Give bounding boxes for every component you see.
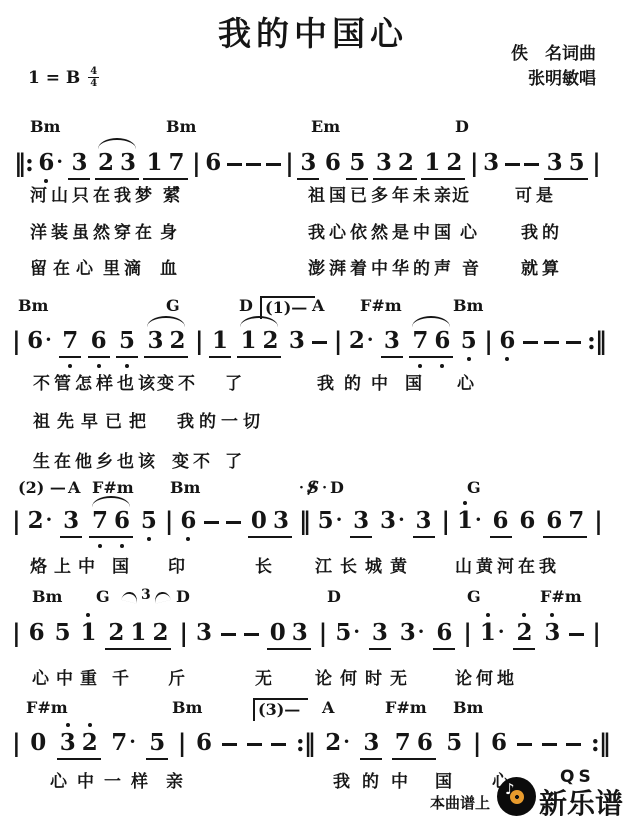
duration-dash	[569, 633, 584, 636]
note: 6	[543, 508, 565, 534]
barline: |	[319, 620, 327, 646]
note: 2	[513, 620, 535, 646]
augmentation-dot: ·	[56, 153, 63, 172]
barline: |	[592, 150, 600, 176]
barline: |	[12, 620, 20, 646]
lyric-segment: 变不	[172, 447, 214, 472]
chord-label: F#m	[360, 296, 402, 315]
beamed-note-group: 3	[60, 508, 82, 538]
chord-label: Bm	[18, 296, 48, 315]
lyric-segment: 亲	[166, 767, 187, 792]
augmentation-dot: ·	[45, 331, 52, 350]
beamed-note-group: 17	[143, 150, 187, 180]
duration-dash	[505, 163, 520, 166]
lyric-row-2b: 祖先早已把我的一切	[0, 407, 626, 433]
beamed-note-group: 32	[373, 150, 417, 180]
lyric-segment: 音	[462, 254, 483, 279]
chord-label: F#m	[385, 698, 427, 717]
time-signature: 4 4	[88, 66, 99, 89]
segno-part: ·	[299, 480, 304, 496]
duration-dash	[246, 163, 261, 166]
chord-label: F#m	[92, 478, 134, 497]
meter-bottom: 4	[90, 78, 97, 89]
note: 6	[195, 730, 213, 756]
note: 2	[166, 328, 188, 354]
augmentation-dot: ·	[129, 733, 136, 752]
lyric-row-2a: 不管怎样也该变不了我的中国心	[0, 369, 626, 395]
note: 5	[146, 730, 168, 756]
augmentation-dot: ·	[343, 733, 350, 752]
barline: |	[463, 620, 471, 646]
note: 3	[57, 730, 79, 756]
beamed-note-group-slur: 12	[237, 328, 281, 358]
lyric-segment: 山黄河在我	[455, 552, 560, 577]
augmentation-dot: ·	[398, 511, 405, 530]
lyric-segment: 我的一切	[177, 407, 265, 432]
lyric-segment: 留在心	[30, 254, 99, 279]
barline: |	[165, 508, 173, 534]
beamed-note-group: 212	[105, 620, 171, 650]
chord-label: D	[330, 478, 344, 497]
note: 7	[409, 328, 431, 354]
chord-label: D	[455, 117, 469, 136]
lyric-segment: 血	[160, 254, 181, 279]
lyric-segment: 洋装虽然穿在	[30, 218, 156, 243]
note: 7	[59, 328, 81, 354]
note: 7	[565, 508, 587, 534]
duration-dash	[566, 341, 581, 344]
beamed-note-group: 6	[490, 508, 512, 538]
chord-label: Bm	[172, 698, 202, 717]
augmentation-dot: ·	[46, 511, 53, 530]
duration-dash	[566, 743, 581, 746]
note: 1·	[479, 620, 506, 646]
note: 6	[490, 730, 508, 756]
note: 6	[324, 150, 342, 176]
beamed-note-group: 67	[543, 508, 587, 538]
lyric-segment: 祖先早已把	[33, 407, 153, 432]
note: 5·	[317, 508, 344, 534]
lyric-segment: 不管怎样也该	[33, 369, 159, 394]
note: 3	[68, 150, 90, 176]
chord-label: D	[327, 587, 341, 606]
note: 3	[360, 730, 382, 756]
note: 6	[490, 508, 512, 534]
note: 5	[116, 328, 138, 354]
note: 2	[79, 730, 101, 756]
chord-label: A	[68, 478, 80, 497]
chord-label: G	[467, 587, 481, 606]
note: 5	[460, 328, 478, 354]
lyric-segment: 江长城黄	[315, 552, 415, 577]
composer-credit: 佚 名词曲	[511, 42, 596, 67]
note: 7	[89, 508, 111, 534]
lyric-row-1b: 洋装虽然穿在身我心依然是中国心我的	[0, 218, 626, 244]
lyric-segment: 可是	[515, 181, 557, 206]
beamed-note-group: 1	[209, 328, 231, 358]
lyric-segment: 我的中	[333, 767, 420, 792]
note: 6	[431, 328, 453, 354]
lyric-segment: 里滴	[103, 254, 145, 279]
duration-dash	[247, 743, 262, 746]
lyric-segment: 了	[225, 369, 246, 394]
lyric-segment: 烙上中	[30, 552, 102, 577]
note: 2	[105, 620, 127, 646]
note: 3	[373, 150, 395, 176]
credits-block: 佚 名词曲 张明敏唱	[511, 42, 596, 91]
note: 3	[117, 150, 139, 176]
beamed-note-group: 6	[433, 620, 455, 650]
note: 2	[443, 150, 465, 176]
chord-label: Bm	[453, 296, 483, 315]
barline: |	[441, 508, 449, 534]
note: 2	[395, 150, 417, 176]
barline: |	[592, 620, 600, 646]
note: 1·	[456, 508, 483, 534]
note: 3	[413, 508, 435, 534]
segno-part: S	[305, 478, 321, 498]
segno-sign: ·S·	[298, 478, 328, 498]
lyric-segment: 无	[255, 664, 276, 689]
note: 6	[518, 508, 536, 534]
lyric-segment: 祖国已多年未亲	[308, 181, 455, 206]
duration-dash	[271, 743, 286, 746]
singer-credit: 张明敏唱	[511, 67, 596, 92]
barline: |	[334, 328, 342, 354]
lyric-row-1c: 留在心里滴血澎湃着中华的声音就算	[0, 254, 626, 280]
note: 3	[297, 150, 319, 176]
beamed-note-group: 76	[392, 730, 436, 760]
lyric-row-2c: 生在他乡也该变不了	[0, 447, 626, 473]
lyric-segment: 近	[452, 181, 473, 206]
barline: |	[178, 730, 186, 756]
note: 6	[204, 150, 222, 176]
augmentation-dot: ·	[336, 511, 343, 530]
sheet-music-page: 我的中国心 佚 名词曲 张明敏唱 1 = B 4 4 BmBmEmD ‖:6·3…	[0, 0, 626, 816]
note: 5	[445, 730, 463, 756]
chord-label: D	[239, 296, 253, 315]
lyric-segment: 长	[255, 552, 276, 577]
note: 6	[111, 508, 133, 534]
note: 1	[127, 620, 149, 646]
beamed-note-group: 03	[248, 508, 292, 538]
chord-label: A	[312, 296, 324, 315]
chord-label: Bm	[32, 587, 62, 606]
note: 3	[543, 620, 561, 646]
triplet-part	[121, 590, 139, 604]
chord-label: Bm	[30, 117, 60, 136]
barline: |	[285, 150, 293, 176]
note: 2·	[348, 328, 375, 354]
note: 1	[237, 328, 259, 354]
note: 2	[259, 328, 281, 354]
chord-label: G	[96, 587, 110, 606]
barline: :‖	[587, 328, 606, 354]
segno-part: ·	[322, 480, 327, 496]
barline: |	[470, 150, 478, 176]
lyric-segment: 就算	[521, 254, 563, 279]
note: 5	[54, 620, 72, 646]
lyric-segment: 我的	[521, 218, 563, 243]
augmentation-dot: ·	[418, 623, 425, 642]
note: 3	[544, 150, 566, 176]
lyric-segment: 国	[112, 552, 133, 577]
lyric-segment: 萦	[163, 181, 184, 206]
duration-dash	[204, 521, 219, 524]
note: 2·	[27, 508, 54, 534]
note: 0	[248, 508, 270, 534]
note: 1	[143, 150, 165, 176]
triplet-mark: 3	[122, 587, 170, 603]
note: 1	[421, 150, 443, 176]
chord-label: Bm	[166, 117, 196, 136]
note: 3	[381, 328, 403, 354]
lyric-segment: 心中重	[32, 664, 104, 689]
chord-label: A	[322, 698, 334, 717]
lyric-segment: 心	[457, 369, 478, 394]
note: 3	[482, 150, 500, 176]
barline: :‖	[591, 730, 610, 756]
barline: |	[484, 328, 492, 354]
lyric-row-3a: 烙上中国印长江长城黄山黄河在我	[0, 552, 626, 578]
duration-dash	[312, 341, 327, 344]
meter-top: 4	[88, 66, 99, 78]
beamed-note-group-slur: 23	[95, 150, 139, 180]
beamed-note-group-slur: 32	[144, 328, 188, 358]
duration-dash	[542, 743, 557, 746]
duration-dash	[221, 633, 236, 636]
lyric-segment: 了	[225, 447, 246, 472]
beamed-note-group: 6	[88, 328, 110, 358]
vinyl-record-icon	[497, 777, 536, 816]
beamed-note-group: 3	[297, 150, 319, 180]
note: 0	[267, 620, 289, 646]
beamed-note-group: 3	[369, 620, 391, 650]
note: 2	[95, 150, 117, 176]
beamed-note-group: 3	[68, 150, 90, 180]
note: 3·	[379, 508, 406, 534]
note: 6	[88, 328, 110, 354]
augmentation-dot: ·	[353, 623, 360, 642]
note: 2	[149, 620, 171, 646]
note: 3·	[399, 620, 426, 646]
note: 1	[209, 328, 231, 354]
note: 6·	[37, 150, 64, 176]
duration-dash	[523, 341, 538, 344]
beamed-note-group: 32	[57, 730, 101, 760]
lyric-segment: 心中一样	[50, 767, 158, 792]
note: 3	[369, 620, 391, 646]
lyric-segment: 身	[160, 218, 181, 243]
lyric-segment: 变不	[157, 369, 199, 394]
chord-label: D	[176, 587, 190, 606]
lyric-row-4a: 心中重千斤无论何时无论何地	[0, 664, 626, 690]
augmentation-dot: ·	[475, 511, 482, 530]
notation-row-3: |2·3765|603‖5·33·3|1·6667|	[12, 496, 602, 554]
note: 1	[79, 620, 97, 646]
note: 6	[433, 620, 455, 646]
note: 3	[195, 620, 213, 646]
beamed-note-group: 3	[350, 508, 372, 538]
duration-dash	[244, 633, 259, 636]
note: 5	[346, 150, 368, 176]
lyric-segment: 心	[460, 218, 481, 243]
note: 3	[144, 328, 166, 354]
beamed-note-group: 3	[413, 508, 435, 538]
beamed-note-group-slur: 76	[89, 508, 133, 538]
augmentation-dot: ·	[367, 331, 374, 350]
note: 6	[28, 620, 46, 646]
chord-label: G	[467, 478, 481, 497]
lyric-segment: 印	[168, 552, 189, 577]
lyric-segment: 生在他乡也该	[33, 447, 159, 472]
barline: |	[192, 150, 200, 176]
barline: |	[195, 328, 203, 354]
beamed-note-group: 03	[267, 620, 311, 650]
key-text: 1 = B	[28, 68, 80, 88]
note: 6·	[26, 328, 53, 354]
duration-dash	[524, 163, 539, 166]
triplet-part: 3	[141, 587, 151, 603]
duration-dash	[222, 743, 237, 746]
brand-logo-text: 新乐谱	[539, 782, 623, 816]
barline: ‖:	[14, 150, 33, 176]
beamed-note-group-slur: 76	[409, 328, 453, 358]
triplet-part	[153, 590, 171, 604]
note: 3	[350, 508, 372, 534]
notation-row-2: |6·76532|1123|2·3765|6:‖	[12, 316, 606, 374]
lyric-segment: 国	[405, 369, 426, 394]
barline: |	[12, 730, 20, 756]
lyric-segment: 国	[435, 767, 456, 792]
beamed-note-group: 5	[346, 150, 368, 180]
note: 5·	[334, 620, 361, 646]
duration-dash	[226, 521, 241, 524]
note: 2·	[324, 730, 351, 756]
note: 7	[166, 150, 188, 176]
note: 6	[179, 508, 197, 534]
beamed-note-group: 5	[116, 328, 138, 358]
beamed-note-group: 5	[146, 730, 168, 760]
beamed-note-group: 7	[59, 328, 81, 358]
barline: |	[12, 508, 20, 534]
chord-label: F#m	[26, 698, 68, 717]
beamed-note-group: 3	[360, 730, 382, 760]
chord-label: G	[166, 296, 180, 315]
note: 0	[29, 730, 47, 756]
footer-note: 本曲谱上	[430, 792, 490, 813]
beamed-note-group: 2	[513, 620, 535, 650]
lyric-row-1a: 河山只在我梦萦祖国已多年未亲近可是	[0, 181, 626, 207]
duration-dash	[544, 341, 559, 344]
note: 3	[270, 508, 292, 534]
lyric-segment: 河山只在我梦	[30, 181, 156, 206]
augmentation-dot: ·	[498, 623, 505, 642]
duration-dash	[266, 163, 281, 166]
chord-label: Bm	[453, 698, 483, 717]
beamed-note-group: 35	[544, 150, 588, 180]
chord-label: (2) —	[18, 478, 66, 497]
note: 6	[498, 328, 516, 354]
note: 3	[60, 508, 82, 534]
lyric-segment: 我心依然是中国	[308, 218, 455, 243]
note: 6	[414, 730, 436, 756]
note: 7·	[110, 730, 137, 756]
barline: |	[12, 328, 20, 354]
note: 5	[140, 508, 158, 534]
duration-dash	[227, 163, 242, 166]
note: 7	[392, 730, 414, 756]
chord-label: F#m	[540, 587, 582, 606]
note: 3	[289, 620, 311, 646]
key-signature: 1 = B 4 4	[28, 66, 99, 89]
lyric-segment: 千	[112, 664, 133, 689]
beamed-note-group: 12	[421, 150, 465, 180]
duration-dash	[517, 743, 532, 746]
note: 3	[288, 328, 306, 354]
beamed-note-group: 3	[381, 328, 403, 358]
chord-label: Bm	[170, 478, 200, 497]
barline: :‖	[296, 730, 315, 756]
lyric-segment: 斤	[168, 664, 189, 689]
lyric-segment: 论何地	[455, 664, 518, 689]
notation-row-4: |651212|303|5·33·6|1·23|	[12, 608, 600, 666]
barline: |	[179, 620, 187, 646]
lyric-segment: 澎湃着中华的声	[308, 254, 455, 279]
note: 5	[566, 150, 588, 176]
chord-label: Em	[311, 117, 340, 136]
lyric-segment: 论何时无	[315, 664, 415, 689]
lyric-segment: 我的中	[317, 369, 398, 394]
barline: |	[594, 508, 602, 534]
barline: |	[473, 730, 481, 756]
barline: ‖	[299, 508, 310, 534]
